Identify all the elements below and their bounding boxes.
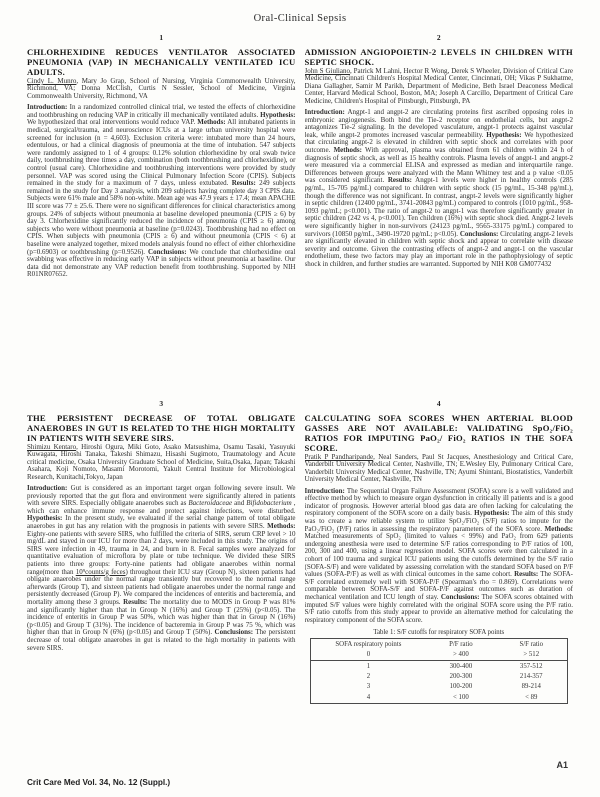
table-cell: SOFA respiratory points: [310, 639, 426, 650]
table-cell: 300-400: [426, 661, 496, 672]
table-header-row: SOFA respiratory pointsP/F ratioS/F rati…: [310, 639, 567, 650]
sofa-cutoffs-table: SOFA respiratory pointsP/F ratioS/F rati…: [310, 638, 568, 703]
abstract-4-body: Introduction: The Sequential Organ Failu…: [305, 488, 574, 625]
table-cell: 89-214: [496, 682, 567, 692]
abstract-2-title: ADMISSION ANGIOPOIETIN-2 LEVELS IN CHILD…: [305, 47, 574, 67]
table-cell: 214-357: [496, 672, 567, 682]
abstract-3-authors: Shimizu Kentaro, Hiroshi Ogura, Miki Got…: [27, 444, 296, 481]
table-cell: 1: [310, 661, 426, 672]
table-row: 4< 100< 89: [310, 692, 567, 703]
abstract-1-body: Introduction: In a randomized controlled…: [27, 104, 296, 279]
table-caption: Table 1: S/F cutoffs for respiratory SOF…: [305, 629, 574, 636]
sofa-cutoffs-table-block: Table 1: S/F cutoffs for respiratory SOF…: [305, 629, 574, 703]
abstract-4-number: 4: [305, 399, 574, 408]
table-row: 3100-20089-214: [310, 682, 567, 692]
abstract-3-body: Introduction: Gut is considered as an im…: [27, 485, 296, 652]
table-cell: S/F ratio: [496, 639, 567, 650]
text-segment: All intubated patients in medical, surgi…: [27, 118, 296, 187]
table-cell: 200-300: [426, 672, 496, 682]
text-segment: 249 subjects remained in the study for D…: [27, 179, 296, 255]
table-cell: 2: [310, 672, 426, 682]
table-cell: 0: [310, 650, 426, 661]
abstract-3: 3 THE PERSISTENT DECREASE OF TOTAL OBLIG…: [27, 399, 296, 704]
table-cell: 3: [310, 682, 426, 692]
abstract-1-number: 1: [27, 33, 296, 42]
abstracts-grid: 1 CHLORHEXIDINE REDUCES VENTILATOR ASSOC…: [0, 33, 600, 704]
abstract-2-number: 2: [305, 33, 574, 42]
abstract-1-title: CHLORHEXIDINE REDUCES VENTILATOR ASSOCIA…: [27, 47, 296, 77]
journal-footer: Crit Care Med Vol. 34, No. 12 (Suppl.): [27, 778, 170, 787]
abstract-2: 2 ADMISSION ANGIOPOIETIN-2 LEVELS IN CHI…: [305, 33, 574, 399]
table-cell: < 89: [496, 692, 567, 703]
abstract-4-title: CALCULATING SOFA SCORES WHEN ARTERIAL BL…: [305, 413, 574, 453]
table-cell: > 512: [496, 650, 567, 661]
table-cell: P/F ratio: [426, 639, 496, 650]
abstract-1: 1 CHLORHEXIDINE REDUCES VENTILATOR ASSOC…: [27, 33, 296, 399]
table-cell: 100-200: [426, 682, 496, 692]
table-row: 2200-300214-357: [310, 672, 567, 682]
abstract-2-body: Introduction: Angpt-1 and angpt-2 are ci…: [305, 109, 574, 268]
abstract-1-authors: Cindy L. Munro, Mary Jo Grap, School of …: [27, 78, 296, 100]
abstract-4: 4 CALCULATING SOFA SCORES WHEN ARTERIAL …: [305, 399, 574, 704]
abstract-4-authors: Pratik P Pandharipande, Neal Sanders, Pa…: [305, 454, 574, 484]
table-cell: < 100: [426, 692, 496, 703]
table-cell: 4: [310, 692, 426, 703]
page-number: A1: [556, 760, 568, 770]
sofa-cutoffs-table-body: SOFA respiratory pointsP/F ratioS/F rati…: [310, 639, 567, 703]
text-segment: In the present study, we evaluated if th…: [27, 514, 296, 530]
journal-page: Oral-Clinical Sepsis 1 CHLORHEXIDINE RED…: [0, 0, 600, 797]
text-segment: In a randomized controlled clinical tria…: [27, 103, 296, 119]
table-row: 1300-400357-512: [310, 661, 567, 672]
table-cell: 357-512: [496, 661, 567, 672]
text-segment: Angpt-1 levels were higher in healthy co…: [305, 176, 574, 237]
abstract-3-title: THE PERSISTENT DECREASE OF TOTAL OBLIGAT…: [27, 413, 296, 443]
table-cell: > 400: [426, 650, 496, 661]
abstract-3-number: 3: [27, 399, 296, 408]
table-row: 0> 400> 512: [310, 650, 567, 661]
running-head: Oral-Clinical Sepsis: [0, 0, 600, 24]
abstract-2-authors: John S Giuliano, Patrick M Lahni, Hector…: [305, 68, 574, 105]
